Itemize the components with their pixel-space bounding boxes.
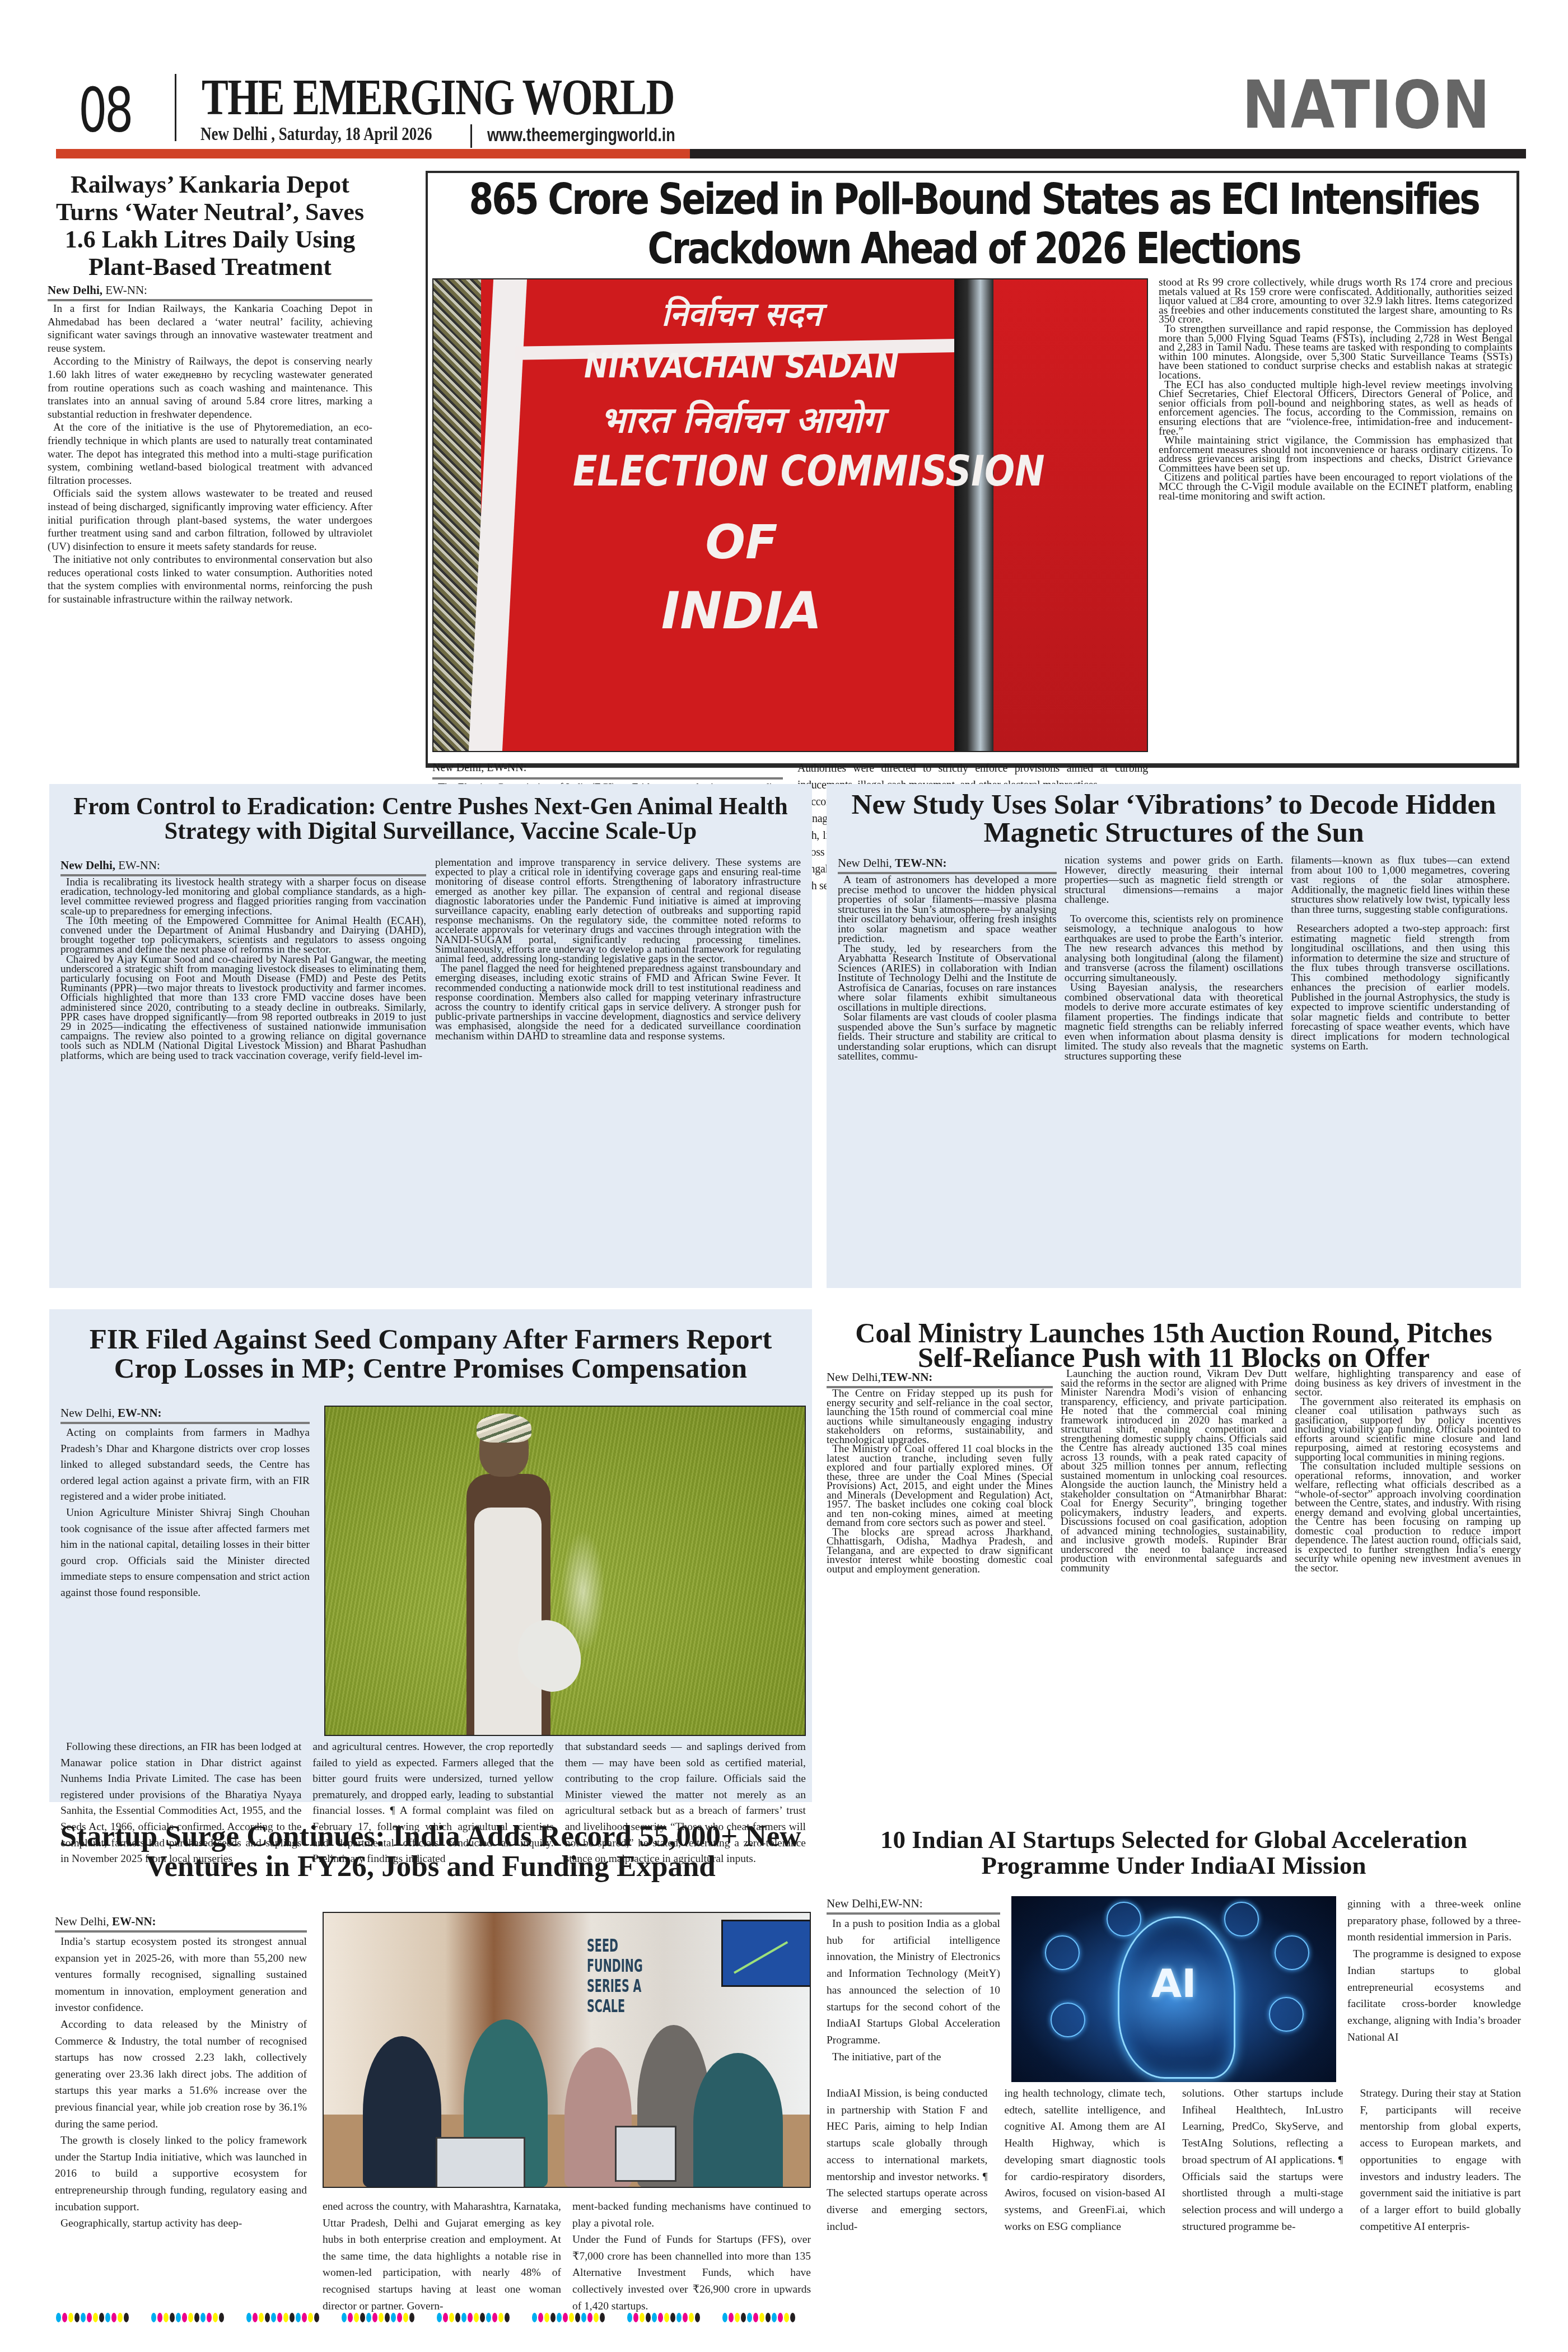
cmyk-dot — [283, 2313, 288, 2322]
article-dateline: New Delhi,TEW-NN: — [827, 1370, 1053, 1388]
cmyk-dot — [468, 2313, 473, 2322]
cmyk-dot — [461, 2313, 466, 2322]
dateline-place: New Delhi, — [55, 1915, 109, 1928]
sign-india: INDIA — [545, 582, 937, 641]
cmyk-dot — [87, 2313, 92, 2322]
page-number: 08 — [78, 76, 131, 146]
article-coal-auction: Coal Ministry Launches 15th Auction Roun… — [827, 1309, 1521, 1802]
cmyk-dot — [772, 2313, 777, 2322]
paragraph: The initiative not only contributes to e… — [48, 553, 372, 606]
paragraph: filaments—known as flux tubes—can extend… — [1291, 856, 1510, 914]
cmyk-dot — [627, 2313, 632, 2322]
article-body: Launching the auction round, Vikram Dev … — [1061, 1370, 1287, 1573]
masthead-red-rule — [56, 149, 690, 158]
paragraph: At the core of the initiative is the use… — [48, 421, 372, 487]
article-dateline: New Delhi,EW-NN: — [827, 1896, 1000, 1915]
article-dateline: New Delhi, EW-NN: — [60, 858, 426, 876]
ai-node-icon — [1107, 1902, 1141, 1936]
cmyk-dot — [658, 2313, 663, 2322]
cmyk-dot-group — [532, 2313, 605, 2330]
cmyk-dot — [581, 2313, 586, 2322]
cmyk-dot — [759, 2313, 764, 2322]
farmer-field-photo — [324, 1406, 806, 1736]
column-2: ened across the country, with Maharashtr… — [323, 2199, 561, 2314]
dateline-agency: EW-NN: — [118, 1406, 162, 1420]
cmyk-dot — [391, 2313, 396, 2322]
cmyk-dot — [219, 2313, 224, 2322]
paragraph: The Centre on Friday stepped up its push… — [827, 1389, 1053, 1445]
cmyk-dot — [213, 2313, 218, 2322]
cmyk-dot — [164, 2313, 169, 2322]
cmyk-dot — [664, 2313, 669, 2322]
dateline-agency: EW-NN: — [487, 762, 526, 774]
dateline-agency: EW-NN: — [112, 1915, 156, 1928]
cmyk-dot — [695, 2313, 700, 2322]
ai-head-illustration: AI — [1011, 1896, 1336, 2082]
cmyk-dot — [409, 2313, 414, 2322]
cmyk-dot-group — [437, 2313, 510, 2330]
column-2: ing health technology, climate tech, edt… — [1005, 2085, 1166, 2235]
cmyk-dot — [532, 2313, 537, 2322]
cmyk-dot-group — [56, 2313, 129, 2330]
cmyk-dot-group — [246, 2313, 319, 2330]
cmyk-dot — [449, 2313, 454, 2322]
wall-word: SERIES A — [587, 1976, 643, 1996]
cmyk-dot — [443, 2313, 448, 2322]
paragraph: Chaired by Ajay Kumar Sood and co-chaire… — [60, 955, 426, 1061]
paragraph: To strengthen surveillance and rapid res… — [1159, 325, 1513, 381]
cmyk-dot — [640, 2313, 645, 2322]
paragraph: Citizens and political parties have been… — [1159, 473, 1513, 501]
dateline-place: New Delhi, — [827, 1370, 881, 1384]
sign-hindi-2: भारत निर्वाचन आयोग — [545, 394, 937, 443]
cmyk-dot — [480, 2313, 485, 2322]
lead-headline: 865 Crore Seized in Poll-Bound States as… — [446, 175, 1502, 274]
paragraph: The programme is designed to expose Indi… — [1347, 1946, 1521, 2046]
cmyk-dot-group — [722, 2313, 795, 2330]
sign-of: OF — [545, 515, 937, 570]
article-headline: Coal Ministry Launches 15th Auction Roun… — [827, 1309, 1521, 1370]
cmyk-dot — [170, 2313, 175, 2322]
photo-doorway — [954, 279, 993, 751]
paragraph: The Ministry of Coal offered 11 coal blo… — [827, 1445, 1053, 1528]
article-body: welfare, highlighting transparency and e… — [1295, 1370, 1521, 1573]
ai-node-icon — [1269, 1997, 1304, 2032]
paragraph: The panel flagged the need for heightene… — [435, 964, 801, 1041]
ai-label: AI — [1151, 1961, 1196, 2006]
cmyk-dot — [385, 2313, 390, 2322]
article-body: In a first for Indian Railways, the Kank… — [48, 302, 372, 606]
sign-hindi-1: निर्वाचन सदन — [545, 291, 937, 335]
cmyk-dot — [348, 2313, 353, 2322]
cmyk-dot — [646, 2313, 651, 2322]
cmyk-dot — [403, 2313, 408, 2322]
cmyk-dot — [633, 2313, 638, 2322]
paragraph: welfare, highlighting transparency and e… — [1295, 1370, 1521, 1398]
cmyk-dot — [397, 2313, 402, 2322]
ai-node-icon — [1045, 1935, 1080, 1970]
cmyk-dot — [587, 2313, 592, 2322]
photo-laptop — [615, 2126, 676, 2182]
paragraph: A team of astronomers has developed a mo… — [838, 875, 1057, 944]
dateline-place: New Delhi, — [48, 283, 102, 297]
column-1: New Delhi, EW-NN: Acting on complaints f… — [60, 1406, 310, 1602]
masthead: 08 THE EMERGING WORLD New Delhi , Saturd… — [0, 0, 1568, 162]
cmyk-dot — [544, 2313, 549, 2322]
cmyk-dot — [575, 2313, 580, 2322]
cmyk-dot — [56, 2313, 61, 2322]
startup-bottom-columns: ened across the country, with Maharashtr… — [323, 2199, 811, 2314]
paragraph: The 10th meeting of the Empowered Commit… — [60, 916, 426, 955]
cmyk-dot — [652, 2313, 657, 2322]
cmyk-dot — [157, 2313, 162, 2322]
paragraph: ment-backed funding mechanisms have cont… — [572, 2199, 811, 2232]
cmyk-dot — [151, 2313, 156, 2322]
cmyk-dot — [766, 2313, 771, 2322]
ai-node-icon — [1051, 2003, 1085, 2037]
cmyk-dot — [722, 2313, 727, 2322]
paragraph: In a first for Indian Railways, the Kank… — [48, 302, 372, 355]
column-4-continued: Strategy. During their stay at Station F… — [1360, 2085, 1522, 2235]
dateline-place: New Delhi, — [838, 856, 892, 870]
photo-person — [363, 2036, 441, 2187]
cmyk-dot-group — [151, 2313, 224, 2330]
article-body: India’s startup ecosystem posted its str… — [55, 1934, 307, 2232]
cmyk-dot — [259, 2313, 264, 2322]
website-link[interactable]: www.theemergingworld.in — [487, 124, 675, 146]
cmyk-dot — [366, 2313, 371, 2322]
cmyk-dot — [68, 2313, 73, 2322]
paragraph: Researchers adopted a two-step approach:… — [1291, 924, 1510, 1052]
cmyk-dot — [379, 2313, 384, 2322]
cmyk-dot — [105, 2313, 110, 2322]
cmyk-dot — [437, 2313, 442, 2322]
cmyk-dot — [474, 2313, 479, 2322]
dateline-place: New Delhi, — [60, 1406, 115, 1420]
article-headline: FIR Filed Against Seed Company After Far… — [60, 1309, 801, 1383]
paragraph: According to data released by the Minist… — [55, 2017, 307, 2132]
paragraph: Using Bayesian analysis, the researchers… — [1065, 983, 1284, 1061]
cmyk-dot — [729, 2313, 734, 2322]
cmyk-dot — [747, 2313, 752, 2322]
sign-nirvachan-sadan: NIRVACHAN SADAN — [573, 347, 910, 386]
column-1: New Delhi, EW-NN: India’s startup ecosys… — [55, 1914, 307, 2232]
eci-column-3: stood at Rs 99 crore collectively, while… — [1159, 278, 1513, 501]
article-headline: New Study Uses Solar ‘Vibrations’ to Dec… — [838, 784, 1510, 847]
cmyk-dot — [557, 2313, 562, 2322]
ai-node-icon — [1224, 1902, 1259, 1936]
cmyk-dot — [790, 2313, 795, 2322]
article-body: Acting on complaints from farmers in Mad… — [60, 1425, 310, 1602]
article-headline: 10 Indian AI Startups Selected for Globa… — [827, 1819, 1521, 1878]
cmyk-dot — [455, 2313, 460, 2322]
paragraph: The government also reiterated its empha… — [1295, 1398, 1521, 1463]
newspaper-title: THE EMERGING WORLD — [202, 67, 674, 127]
article-dateline: New Delhi, EW-NN: — [60, 1406, 310, 1424]
article-startup-surge: Startup Surge Continues: India Adds Reco… — [49, 1819, 812, 2211]
article-dateline: New Delhi, EW-NN: — [55, 1914, 307, 1933]
column-4: ginning with a three-week online prepara… — [1347, 1896, 1521, 2046]
cmyk-dot — [563, 2313, 568, 2322]
wall-word: FUNDING — [587, 1956, 643, 1976]
cmyk-dot — [683, 2313, 688, 2322]
cmyk-dot — [753, 2313, 758, 2322]
dateline-agency: EW-NN: — [105, 283, 147, 297]
column-3: solutions. Other startups include Infihe… — [1182, 2085, 1343, 2235]
issue-date: New Delhi , Saturday, 18 April 2026 — [200, 124, 432, 145]
cmyk-dot — [308, 2313, 313, 2322]
cmyk-dot — [176, 2313, 181, 2322]
cmyk-dot — [74, 2313, 80, 2322]
photo-wall — [993, 279, 1148, 751]
article-headline: Startup Surge Continues: India Adds Reco… — [55, 1819, 806, 1882]
ai-node-icon — [1275, 1935, 1309, 1970]
cmyk-dot — [360, 2313, 365, 2322]
cmyk-dot — [118, 2313, 123, 2322]
article-ai-startups: 10 Indian AI Startups Selected for Globa… — [827, 1819, 1521, 2211]
article-dateline: New Delhi, EW-NN: — [48, 283, 372, 301]
dateline-agency: TEW-NN: — [895, 856, 947, 870]
paragraph: The consultation included multiple sessi… — [1295, 1462, 1521, 1573]
article-solar-study: New Study Uses Solar ‘Vibrations’ to Dec… — [827, 784, 1521, 1288]
cmyk-dot — [200, 2313, 206, 2322]
masthead-divider — [175, 74, 176, 141]
paragraph: ginning with a three-week online prepara… — [1347, 1896, 1521, 1946]
paragraph: Solar filaments are vast clouds of coole… — [838, 1012, 1057, 1062]
cmyk-dot — [569, 2313, 574, 2322]
column-3: filaments—known as flux tubes—can extend… — [1291, 856, 1510, 1062]
dateline-place: New Delhi, — [60, 858, 115, 872]
column-1: New Delhi, TEW-NN: A team of astronomers… — [838, 856, 1057, 1062]
dateline-place: New Delhi, — [432, 762, 484, 774]
paragraph: While maintaining strict vigilance, the … — [1159, 436, 1513, 473]
column-1-continued: IndiaAI Mission, is being conducted in p… — [827, 2085, 988, 2235]
cmyk-registration-marks — [56, 2313, 1523, 2330]
article-headline: Railways’ Kankaria Depot Turns ‘Water Ne… — [48, 171, 372, 281]
column-1: New Delhi,TEW-NN: The Centre on Friday s… — [827, 1370, 1053, 1574]
paragraph: India is recalibrating its livestock hea… — [60, 878, 426, 916]
cmyk-dot — [498, 2313, 503, 2322]
paragraph: The study, led by researchers from the A… — [838, 944, 1057, 1013]
article-body: The Centre on Friday stepped up its push… — [827, 1389, 1053, 1574]
photo-person — [693, 2053, 783, 2188]
wall-word: SCALE — [587, 1996, 643, 2016]
article-body: plementation and improve transparency in… — [435, 858, 801, 1041]
column-1: New Delhi,EW-NN: In a push to position I… — [827, 1896, 1000, 2065]
cmyk-dot — [314, 2313, 319, 2322]
paragraph: Launching the auction round, Vikram Dev … — [1061, 1370, 1287, 1573]
cmyk-dot — [670, 2313, 675, 2322]
article-columns: New Delhi,TEW-NN: The Centre on Friday s… — [827, 1370, 1521, 1574]
cmyk-dot — [182, 2313, 187, 2322]
photo-wall-text: SEED FUNDING SERIES A SCALE — [587, 1935, 643, 2016]
cmyk-dot — [81, 2313, 86, 2322]
article-body: A team of astronomers has developed a mo… — [838, 875, 1057, 1062]
photo-laptop — [436, 2137, 525, 2188]
cmyk-dot — [492, 2313, 497, 2322]
cmyk-dot — [784, 2313, 789, 2322]
cmyk-dot — [741, 2313, 746, 2322]
cmyk-dot-group — [342, 2313, 414, 2330]
masthead-black-rule — [690, 149, 1526, 158]
photo-growth-screen — [721, 1920, 811, 1987]
paragraph: To overcome this, scientists rely on pro… — [1065, 914, 1284, 983]
dateline-place: New Delhi, — [827, 1897, 881, 1910]
article-body: ginning with a three-week online prepara… — [1347, 1896, 1521, 2046]
column-3: ment-backed funding mechanisms have cont… — [572, 2199, 811, 2314]
cmyk-dot — [778, 2313, 783, 2322]
paragraph: Geographically, startup activity has dee… — [55, 2215, 307, 2232]
cmyk-dot — [296, 2313, 301, 2322]
paragraph: stood at Rs 99 crore collectively, while… — [1159, 278, 1513, 325]
cmyk-dot — [600, 2313, 605, 2322]
paragraph: In a push to position India as a global … — [827, 1916, 1000, 2049]
cmyk-dot — [253, 2313, 258, 2322]
paragraph: India’s startup ecosystem posted its str… — [55, 1934, 307, 2017]
article-body: nication systems and power grids on Eart… — [1065, 856, 1284, 1061]
paragraph: nication systems and power grids on Eart… — [1065, 856, 1284, 905]
section-title: NATION — [1242, 66, 1491, 143]
cmyk-dot — [290, 2313, 295, 2322]
photo-seed-spray — [561, 1530, 605, 1653]
article-railways: Railways’ Kankaria Depot Turns ‘Water Ne… — [48, 171, 372, 606]
article-dateline: New Delhi, EW-NN: — [432, 760, 783, 780]
cmyk-dot — [188, 2313, 193, 2322]
ai-bottom-columns: IndiaAI Mission, is being conducted in p… — [827, 2085, 1521, 2235]
cmyk-dot-group — [627, 2313, 700, 2330]
photo-farmer-vest — [474, 1508, 542, 1736]
cmyk-dot — [207, 2313, 212, 2322]
paragraph: Acting on complaints from farmers in Mad… — [60, 1425, 310, 1505]
cmyk-dot — [342, 2313, 347, 2322]
paragraph: The growth is closely linked to the poli… — [55, 2132, 307, 2215]
article-columns: New Delhi, EW-NN: India is recalibrating… — [60, 858, 801, 1061]
paragraph: The initiative, part of the — [827, 2049, 1000, 2066]
article-eci-lead: 865 Crore Seized in Poll-Bound States as… — [426, 171, 1519, 768]
cmyk-dot — [354, 2313, 359, 2322]
cmyk-dot — [99, 2313, 104, 2322]
election-commission-photo: निर्वाचन सदन NIRVACHAN SADAN भारत निर्वा… — [432, 278, 1148, 752]
cmyk-dot — [277, 2313, 282, 2322]
column-2: nication systems and power grids on Eart… — [1065, 856, 1284, 1062]
article-dateline: New Delhi, TEW-NN: — [838, 856, 1057, 874]
cmyk-dot — [246, 2313, 251, 2322]
cmyk-dot — [538, 2313, 543, 2322]
dateline-agency: TEW-NN: — [881, 1370, 933, 1384]
cmyk-dot — [271, 2313, 276, 2322]
paragraph: Officials said the system allows wastewa… — [48, 487, 372, 553]
column-1: New Delhi, EW-NN: India is recalibrating… — [60, 858, 426, 1061]
article-headline: From Control to Eradication: Centre Push… — [72, 784, 790, 843]
sign-election-commission: ELECTION COMMISSION — [573, 447, 910, 496]
paragraph: Under the Fund of Funds for Startups (FF… — [572, 2232, 811, 2314]
article-fir-seed-company: FIR Filed Against Seed Company After Far… — [49, 1309, 812, 1802]
photo-farmer-turban — [477, 1413, 531, 1443]
cmyk-dot — [372, 2313, 377, 2322]
cmyk-dot — [302, 2313, 307, 2322]
cmyk-dot — [194, 2313, 199, 2322]
article-animal-health: From Control to Eradication: Centre Push… — [49, 784, 812, 1288]
article-body: filaments—known as flux tubes—can extend… — [1291, 856, 1510, 1052]
cmyk-dot — [505, 2313, 510, 2322]
startup-office-photo: SEED FUNDING SERIES A SCALE — [323, 1912, 811, 2188]
dateline-agency: EW-NN: — [118, 858, 160, 872]
cmyk-dot — [735, 2313, 740, 2322]
cmyk-dot — [486, 2313, 491, 2322]
paragraph: The ECI has also conducted multiple high… — [1159, 381, 1513, 437]
cmyk-dot — [676, 2313, 682, 2322]
cmyk-dot — [93, 2313, 98, 2322]
column-2: plementation and improve transparency in… — [435, 858, 801, 1061]
cmyk-dot — [124, 2313, 129, 2322]
column-2: Launching the auction round, Vikram Dev … — [1061, 1370, 1287, 1574]
dateline-agency: EW-NN: — [881, 1897, 923, 1910]
article-body: India is recalibrating its livestock hea… — [60, 878, 426, 1061]
article-body: In a push to position India as a global … — [827, 1916, 1000, 2065]
paragraph: Union Agriculture Minister Shivraj Singh… — [60, 1505, 310, 1602]
cmyk-dot — [594, 2313, 599, 2322]
paragraph: According to the Ministry of Railways, t… — [48, 355, 372, 421]
cmyk-dot — [111, 2313, 116, 2322]
paragraph: plementation and improve transparency in… — [435, 858, 801, 964]
cmyk-dot — [550, 2313, 556, 2322]
cmyk-dot — [265, 2313, 270, 2322]
column-3: welfare, highlighting transparency and e… — [1295, 1370, 1521, 1574]
cmyk-dot — [62, 2313, 67, 2322]
article-body: stood at Rs 99 crore collectively, while… — [1159, 278, 1513, 501]
cmyk-dot — [689, 2313, 694, 2322]
wall-word: SEED — [587, 1935, 643, 1956]
article-columns: New Delhi, TEW-NN: A team of astronomers… — [838, 856, 1510, 1062]
masthead-divider-small — [470, 124, 472, 148]
paragraph: The blocks are spread across Jharkhand, … — [827, 1528, 1053, 1575]
